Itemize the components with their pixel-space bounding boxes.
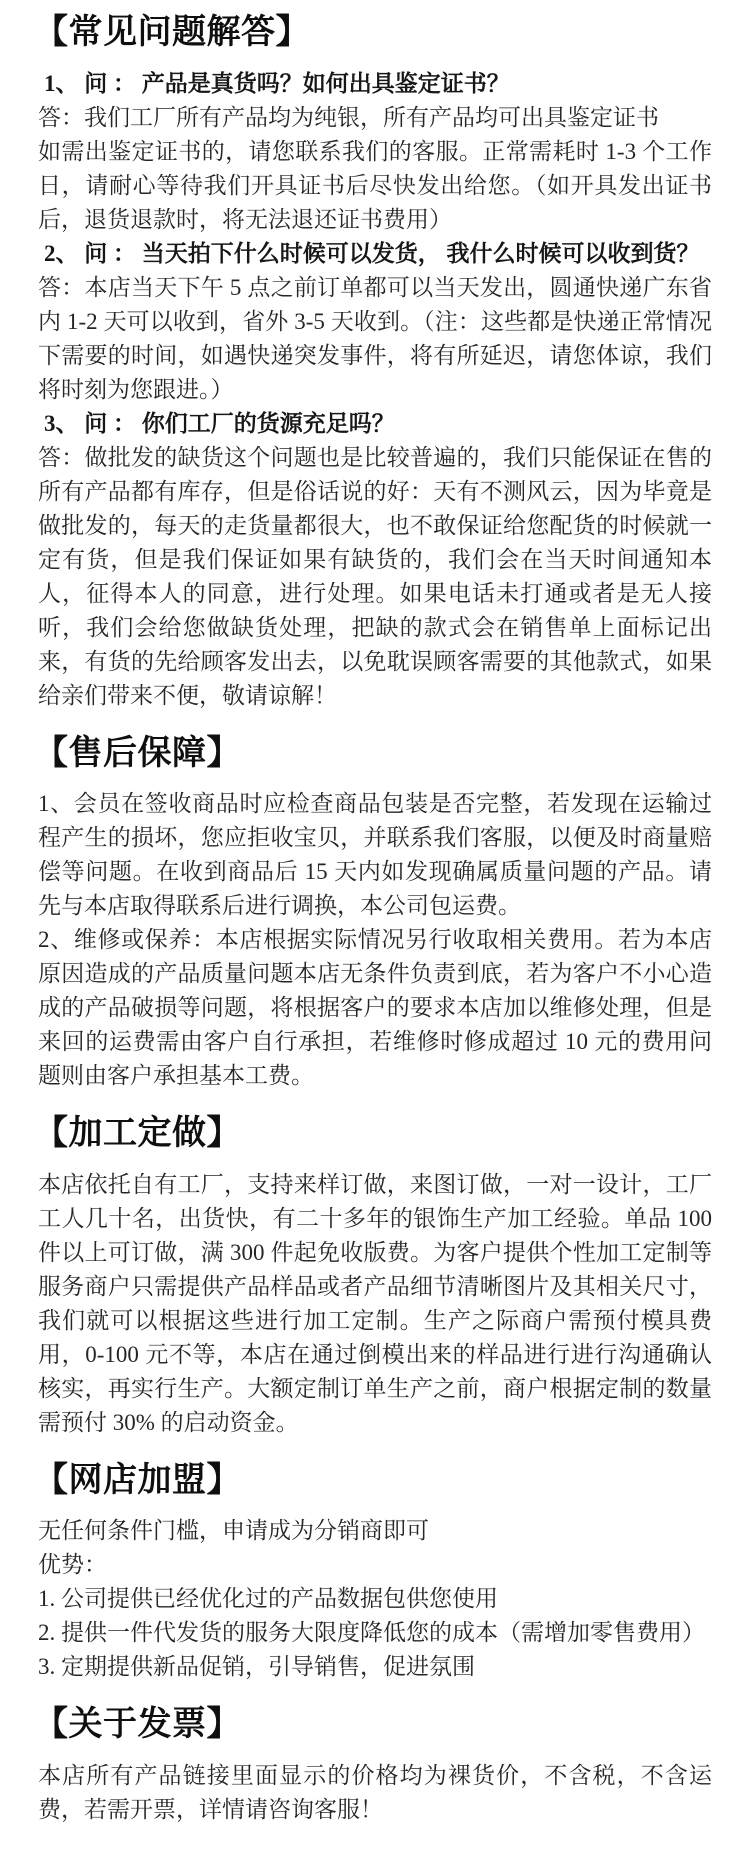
section-title-after-sales: 【售后保障】 bbox=[34, 733, 712, 776]
product-description-page: 【常见问题解答】1、 问 ： 产品是真货吗？如何出具鉴定证书？答：我们工厂所有产… bbox=[0, 0, 750, 1855]
body-paragraph: 1. 公司提供已经优化过的产品数据包供您使用 bbox=[38, 1582, 712, 1616]
section-faq: 【常见问题解答】1、 问 ： 产品是真货吗？如何出具鉴定证书？答：我们工厂所有产… bbox=[38, 12, 712, 713]
section-title-custom-processing: 【加工定做】 bbox=[34, 1113, 712, 1156]
section-title-invoice: 【关于发票】 bbox=[34, 1704, 712, 1747]
body-paragraph: 1、会员在签收商品时应检查商品包装是否完整，若发现在运输过程产生的损坏，您应拒收… bbox=[38, 787, 712, 923]
section-title-franchise: 【网店加盟】 bbox=[34, 1460, 712, 1503]
body-paragraph: 答：本店当天下午 5 点之前订单都可以当天发出，圆通快递广东省内 1-2 天可以… bbox=[38, 271, 712, 407]
body-paragraph: 3. 定期提供新品促销，引导销售，促进氛围 bbox=[38, 1650, 712, 1684]
body-paragraph: 无任何条件门槛，申请成为分销商即可 bbox=[38, 1514, 712, 1548]
body-paragraph: 如需出鉴定证书的，请您联系我们的客服。正常需耗时 1-3 个工作日，请耐心等待我… bbox=[38, 135, 712, 237]
question-line: 2、 问 ： 当天拍下什么时候可以发货， 我什么时候可以收到货？ bbox=[38, 237, 712, 271]
section-franchise: 【网店加盟】无任何条件门槛，申请成为分销商即可优势：1. 公司提供已经优化过的产… bbox=[38, 1460, 712, 1685]
body-paragraph: 答：我们工厂所有产品均为纯银，所有产品均可出具鉴定证书 bbox=[38, 101, 712, 135]
question-line: 3、 问 ： 你们工厂的货源充足吗？ bbox=[38, 407, 712, 441]
section-invoice: 【关于发票】本店所有产品链接里面显示的价格均为裸货价，不含税，不含运费，若需开票… bbox=[38, 1704, 712, 1827]
body-paragraph: 优势： bbox=[38, 1548, 712, 1582]
section-after-sales: 【售后保障】1、会员在签收商品时应检查商品包装是否完整，若发现在运输过程产生的损… bbox=[38, 733, 712, 1094]
sections-container: 【常见问题解答】1、 问 ： 产品是真货吗？如何出具鉴定证书？答：我们工厂所有产… bbox=[38, 12, 712, 1827]
question-line: 1、 问 ： 产品是真货吗？如何出具鉴定证书？ bbox=[38, 67, 712, 101]
body-paragraph: 2. 提供一件代发货的服务大限度降低您的成本（需增加零售费用） bbox=[38, 1616, 712, 1650]
body-paragraph: 答：做批发的缺货这个问题也是比较普遍的，我们只能保证在售的所有产品都有库存，但是… bbox=[38, 441, 712, 713]
section-custom-processing: 【加工定做】本店依托自有工厂，支持来样订做，来图订做，一对一设计，工厂工人几十名… bbox=[38, 1113, 712, 1440]
body-paragraph: 本店所有产品链接里面显示的价格均为裸货价，不含税，不含运费，若需开票，详情请咨询… bbox=[38, 1759, 712, 1827]
body-paragraph: 2、维修或保养：本店根据实际情况另行收取相关费用。若为本店原因造成的产品质量问题… bbox=[38, 923, 712, 1093]
section-title-faq: 【常见问题解答】 bbox=[34, 12, 712, 55]
body-paragraph: 本店依托自有工厂，支持来样订做，来图订做，一对一设计，工厂工人几十名，出货快，有… bbox=[38, 1168, 712, 1440]
